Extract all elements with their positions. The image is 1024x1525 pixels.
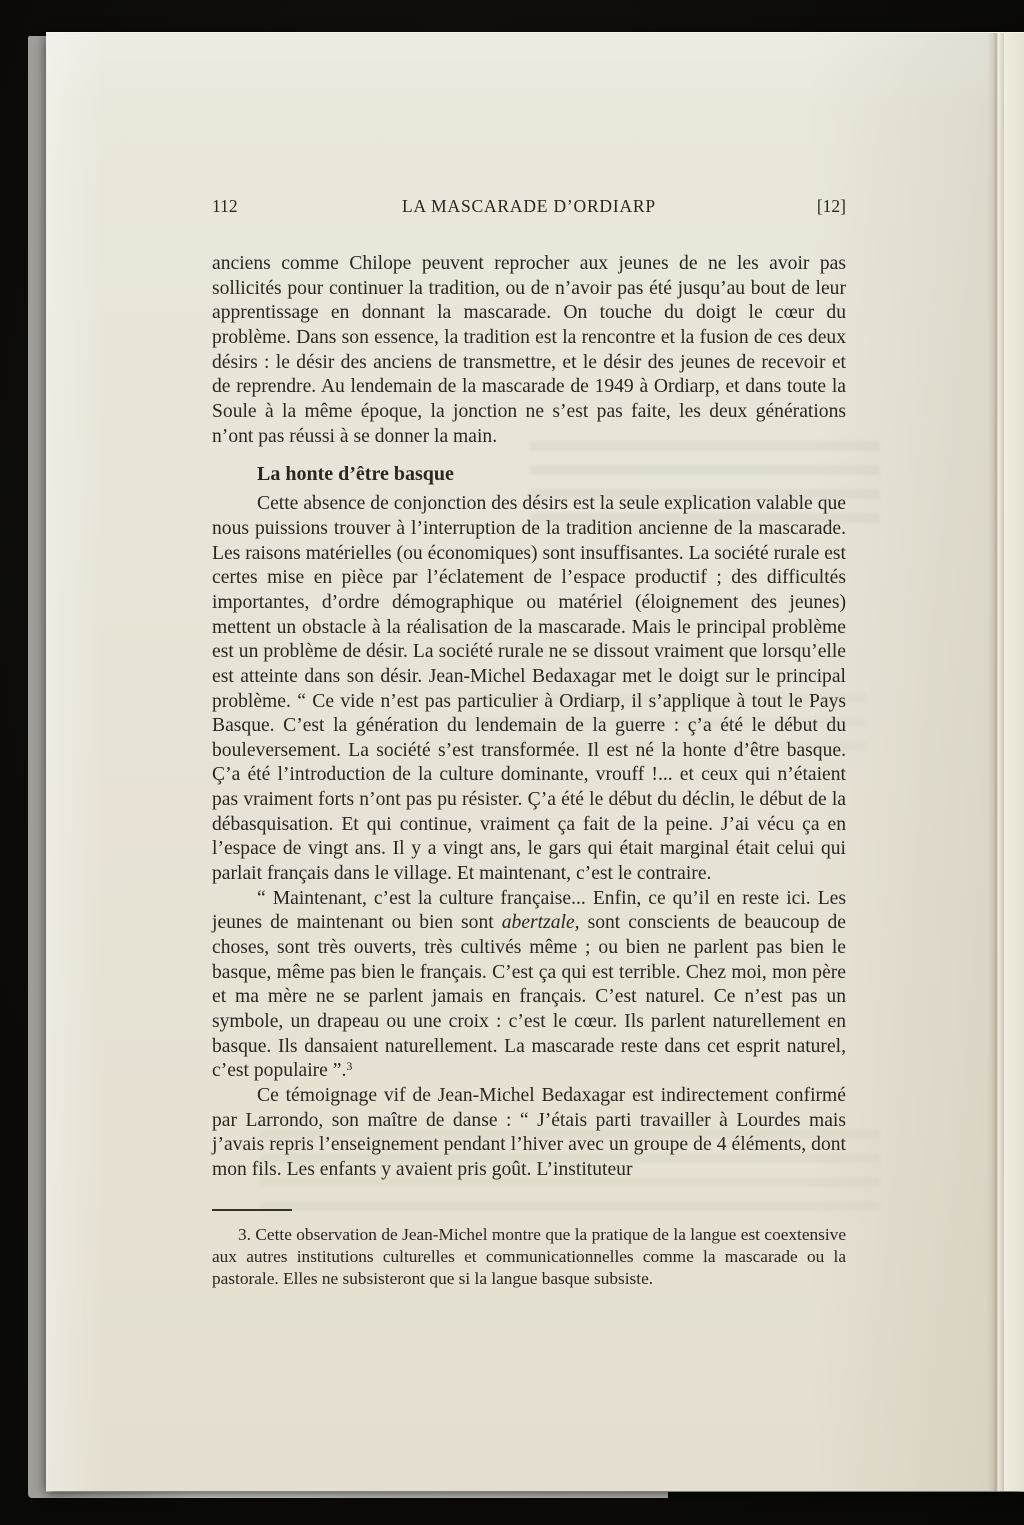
scanned-book-photo: 112 LA MASCARADE D’ORDIARP [12] anciens … <box>0 0 1024 1525</box>
issue-number: [12] <box>817 196 846 217</box>
quote-text: sont conscients de beaucoup de choses, s… <box>212 912 846 1081</box>
italic-loanword: abertzale, <box>502 912 580 933</box>
paragraph: Cette absence de conjonction des désirs … <box>212 492 846 887</box>
facing-page-sliver <box>1004 33 1024 1491</box>
footnote-reference: 3 <box>346 1059 352 1073</box>
footnote-block: 3. Cette observation de Jean-Michel mont… <box>212 1209 846 1291</box>
page-header: 112 LA MASCARADE D’ORDIARP [12] <box>212 196 846 219</box>
book-page: 112 LA MASCARADE D’ORDIARP [12] anciens … <box>46 32 1024 1491</box>
body-text: anciens comme Chilope peuvent reprocher … <box>212 252 846 1291</box>
footnote-text: 3. Cette observation de Jean-Michel mont… <box>212 1224 846 1291</box>
paragraph-continuation: anciens comme Chilope peuvent reprocher … <box>212 252 846 449</box>
running-title: LA MASCARADE D’ORDIARP <box>212 196 846 217</box>
printed-text-area: 112 LA MASCARADE D’ORDIARP [12] anciens … <box>212 196 846 1291</box>
paragraph: Ce témoignage vif de Jean-Michel Bedaxag… <box>212 1084 846 1183</box>
section-heading: La honte d’être basque <box>257 462 846 487</box>
paragraph-quote: “ Maintenant, c’est la culture française… <box>212 887 846 1084</box>
gutter-crease <box>987 33 1004 1491</box>
footnote-rule <box>212 1209 292 1211</box>
